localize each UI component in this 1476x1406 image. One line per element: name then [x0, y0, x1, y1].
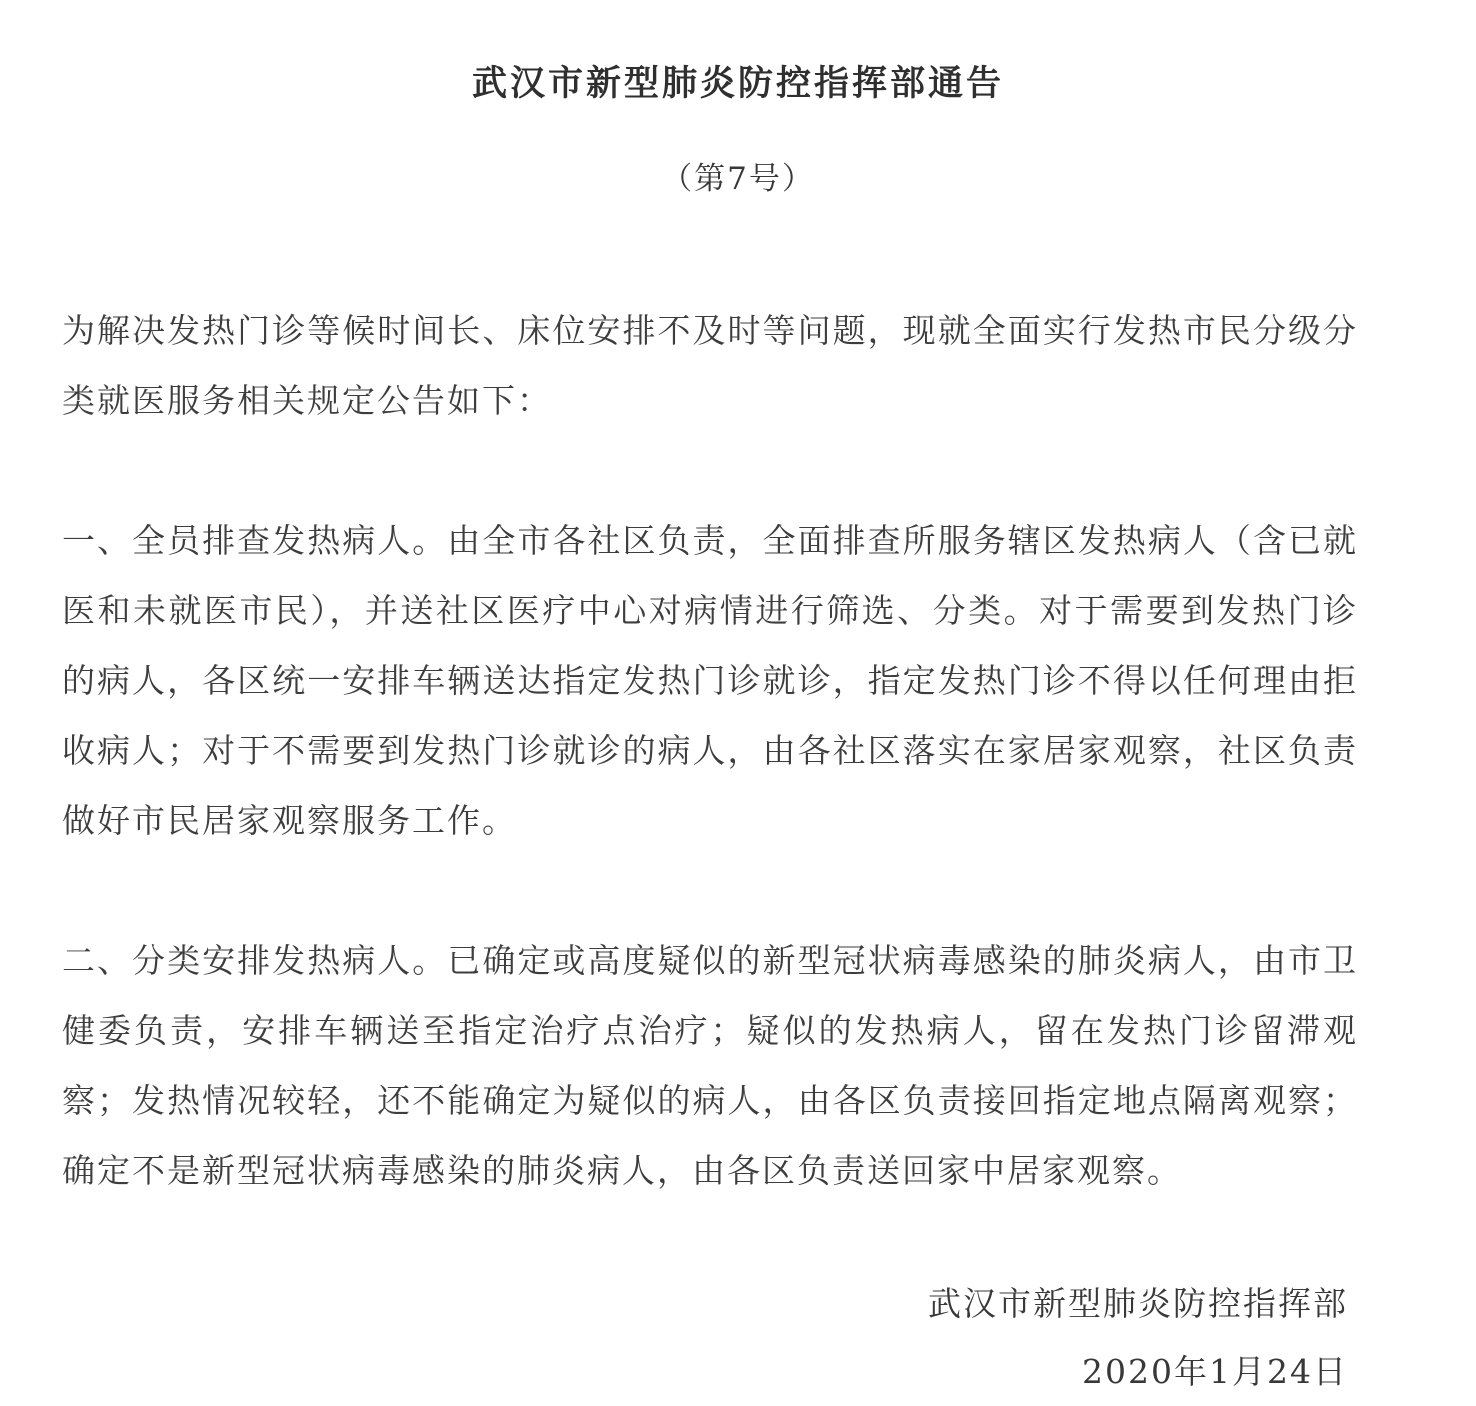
document-footer: 武汉市新型肺炎防控指挥部 2020年1月24日 [0, 1270, 1476, 1406]
document-title: 武汉市新型肺炎防控指挥部通告 [0, 56, 1476, 106]
issue-number: （第7号） [0, 153, 1476, 198]
section-1-paragraph: 一、全员排查发热病人。由全市各社区负责，全面排查所服务辖区发热病人（含已就医和未… [62, 506, 1358, 856]
intro-paragraph: 为解决发热门诊等候时间长、床位安排不及时等问题，现就全面实行发热市民分级分类就医… [62, 296, 1358, 436]
section-2-paragraph: 二、分类安排发热病人。已确定或高度疑似的新型冠状病毒感染的肺炎病人，由市卫健委负… [62, 926, 1358, 1206]
date: 2020年1月24日 [0, 1338, 1348, 1406]
signature: 武汉市新型肺炎防控指挥部 [0, 1270, 1348, 1338]
document-body: 为解决发热门诊等候时间长、床位安排不及时等问题，现就全面实行发热市民分级分类就医… [0, 296, 1476, 1206]
notice-document: 武汉市新型肺炎防控指挥部通告 （第7号） 为解决发热门诊等候时间长、床位安排不及… [0, 0, 1476, 1406]
